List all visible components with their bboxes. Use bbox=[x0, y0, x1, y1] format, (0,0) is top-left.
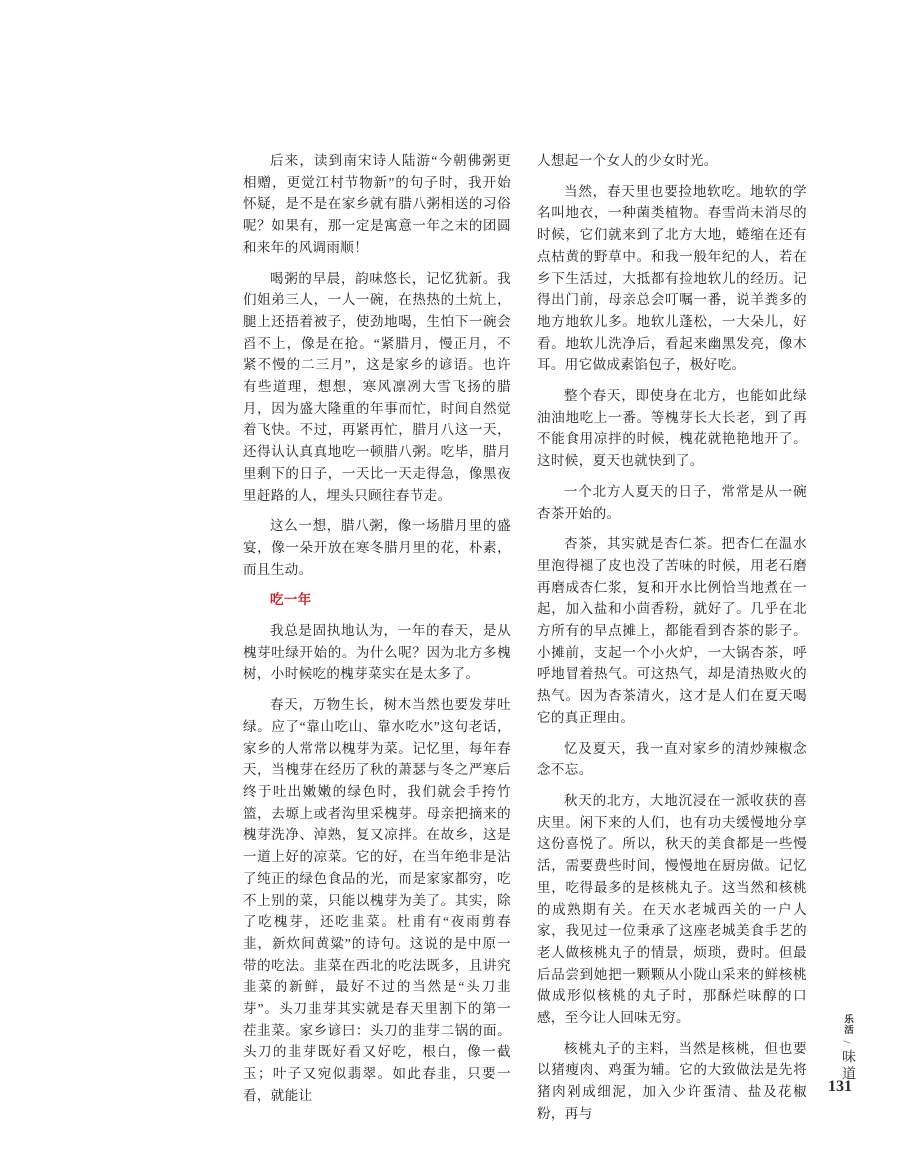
paragraph-continuation: 人想起一个女人的少女时光。 bbox=[537, 150, 807, 172]
margin-section-label: 乐活 / 味道 bbox=[836, 1014, 858, 1083]
magazine-page: 后来，读到南宋诗人陆游“今朝佛粥更相赠，更觉江村节物新”的句子时，我开始怀疑，是… bbox=[0, 0, 899, 1150]
left-text-column: 后来，读到南宋诗人陆游“今朝佛粥更相赠，更觉江村节物新”的句子时，我开始怀疑，是… bbox=[243, 150, 511, 1116]
paragraph: 整个春天，即使身在北方，也能如此绿油油地吃上一番。等槐芽长大长老，到了再不能食用… bbox=[537, 385, 807, 472]
paragraph: 当然，春天里也要捡地软吃。地软的学名叫地衣，一种菌类植物。春雪尚未消尽的时候，它… bbox=[537, 181, 807, 376]
paragraph: 一个北方人夏天的日子，常常是从一碗杏茶开始的。 bbox=[537, 481, 807, 524]
series-label: 乐活 bbox=[840, 1014, 854, 1035]
paragraph: 这么一想，腊八粥，像一场腊月里的盛宴，像一朵开放在寒冬腊月里的花，朴素，而且生动… bbox=[243, 515, 511, 580]
section-heading: 吃一年 bbox=[243, 589, 511, 611]
paragraph: 忆及夏天，我一直对家乡的清炒辣椒念念不忘。 bbox=[537, 738, 807, 781]
paragraph: 喝粥的早晨，韵味悠长，记忆犹新。我们姐弟三人，一人一碗，在热热的土炕上，腿上还捂… bbox=[243, 268, 511, 507]
right-text-column: 人想起一个女人的少女时光。 当然，春天里也要捡地软吃。地软的学名叫地衣，一种菌类… bbox=[537, 150, 807, 1134]
page-number: 131 bbox=[828, 1078, 852, 1096]
paragraph: 我总是固执地认为，一年的春天，是从槐芽吐绿开始的。为什么呢？因为北方多槐树，小时… bbox=[243, 620, 511, 685]
separator-slash: / bbox=[842, 1040, 852, 1043]
paragraph: 杏茶，其实就是杏仁茶。把杏仁在温水里泡得褪了皮也没了苦味的时候，用老石磨再磨成杏… bbox=[537, 533, 807, 728]
paragraph: 核桃丸子的主料，当然是核桃，但也要以猪瘦肉、鸡蛋为辅。它的大致做法是先将猪肉剁成… bbox=[537, 1038, 807, 1125]
paragraph: 春天，万物生长，树木当然也要发芽吐绿。应了“靠山吃山、靠水吃水”这句老话，家乡的… bbox=[243, 694, 511, 1106]
paragraph: 秋天的北方，大地沉浸在一派收获的喜庆里。闲下来的人们，也有功夫缓慢地分享这份喜悦… bbox=[537, 790, 807, 1029]
paragraph: 后来，读到南宋诗人陆游“今朝佛粥更相赠，更觉江村节物新”的句子时，我开始怀疑，是… bbox=[243, 150, 511, 259]
